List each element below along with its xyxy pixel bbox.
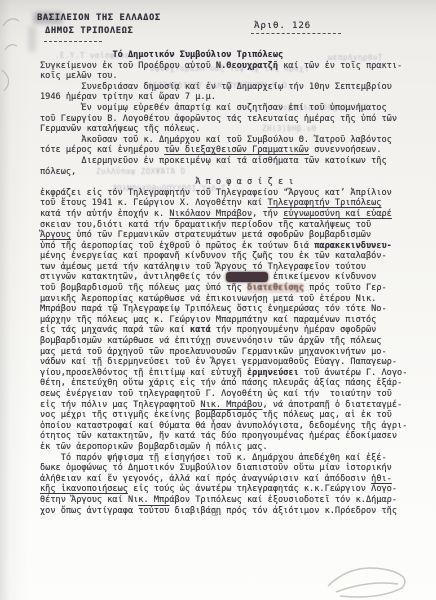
pencil-scribble bbox=[336, 583, 398, 592]
text-line: θέτην Ἄργους καί Νικ. Μπράβον Τριπόλεως … bbox=[0, 495, 436, 506]
document-number: Ἀριθ. 126 bbox=[254, 20, 311, 31]
text-line: νος μέχρι τῆς στιγμῆς ἐκείνης βομβαρδισμ… bbox=[0, 410, 436, 421]
ink-smudge bbox=[28, 26, 36, 52]
text-line: Συγκείμενον ἐκ τοῦ Προέδρου αὐτοῦ Ν.Θεου… bbox=[0, 61, 436, 72]
scanned-document-page: ΒΑΣΙΛΕΙΟΝ ΤΗΣ ΕΛΛΑΔΟΣ ΔΗΜΟΣ ΤΡΙΠΟΛΕΩΣ Ἀρ… bbox=[0, 0, 436, 600]
pencil-scribble bbox=[328, 568, 405, 597]
text-line: Συνεδριάσαν δημοσίᾳ καί ἐν τῷ Δημαρχείῳ … bbox=[0, 82, 436, 93]
text-line: μας μετά τοῦ ἀρχηγοῦ τῶν προελαυνουσῶν Γ… bbox=[0, 347, 436, 358]
text-line: Τό παρόν ψήφισμα τῇ εἰσηγήσει τοῦ κ. Δημ… bbox=[0, 453, 436, 464]
header-kingdom: ΒΑΣΙΛΕΙΟΝ ΤΗΣ ΕΛΛΑΔΟΣ bbox=[37, 13, 161, 23]
text-line: γίου,προσελθόντος τῇ ἐπιτίμῳ καί εὐτυχῆ … bbox=[0, 368, 436, 379]
text-line: σεως ἐνέργειαν τοῦ τηλεγραφητοῦ Γ. Λογοθ… bbox=[0, 389, 436, 400]
text-line: ἐκφράζει εἰς τόν Τηλεγραφητήν τοῦ Τηλεγρ… bbox=[0, 188, 436, 199]
text-line: Διερμηνεῦον ἐν προκειμένῳ καί τά αἰσθήμα… bbox=[0, 156, 436, 167]
text-line: νάδων καί τῇ διερμηνεύσει τοῦ ἐν Ἄργει γ… bbox=[0, 357, 436, 368]
text-line: τοῦ Γεωργίου Β. Λογοθέτου ἀφορῶντος τάς … bbox=[0, 114, 436, 125]
text-line: τοῦ ἔτους 1941 κ. Γεώργιον Χ. Λογοθέτην … bbox=[0, 198, 436, 209]
text-line: κοῖς μελῶν του. bbox=[0, 71, 436, 82]
text-line: 1946 ἡμέραν τρίτην καί ὥραν 7 μ.μ. bbox=[0, 92, 436, 103]
text-line: κατά τήν αὐτήν ἐποχήν κ. Νικόλαον Μπράβο… bbox=[0, 209, 436, 220]
text-line: ὁποίου καταστροφαί καί θύματα θά ἦσαν ἀν… bbox=[0, 421, 436, 432]
text-line: Ἀκοῦσαν τοῦ κ. Δημάρχου καί τοῦ Συμβούλο… bbox=[0, 135, 436, 146]
text-line: Τό Δημοτικόν Συμβούλιον Τριπόλεως bbox=[0, 50, 436, 61]
text-line: ότητος τῶν κατακτητῶν, ἥν κατά τάς δύο π… bbox=[0, 431, 436, 442]
text-line: θέτη, ἐπετεύχθη οὕτω χάρις εἰς τήν ἀπό π… bbox=[0, 378, 436, 389]
text-line: εἰς τήν πόλιν μας Τηλεγραφητοῦ Νικ. Μπρά… bbox=[0, 400, 436, 411]
text-line: βομβαρδισμῶν κατώρθωσε νά ἐπιτύχῃ συνενν… bbox=[0, 336, 436, 347]
text-line: ὑπό τῆς ἀεροπορίας τοῦ ἐχθροῦ ὁ πρῶτος ἐ… bbox=[0, 241, 436, 252]
text-line: ἀλήθειαν καί ἕν γεγονός, ἀλλά καί πρός ἀ… bbox=[0, 474, 436, 485]
text-line: ἐκ τῶν ἀεροπορικῶν βομβαρδισμῶν ἡ πόλις … bbox=[0, 442, 436, 453]
document-number-rule bbox=[251, 33, 341, 34]
text-line: κῆς ἱκανοποιήσεως εἰς τούς ὡς ἀνωτέρω τη… bbox=[0, 484, 436, 495]
text-line: δωκε ὁμοφώνως τό Δημοτικόν Συμβούλιον δι… bbox=[0, 463, 436, 474]
pencil-checkmark bbox=[3, 19, 19, 26]
text-line: πόλεως, bbox=[0, 167, 436, 178]
text-line: Ἀ π ο φ α σ ί ζ ε ι bbox=[0, 177, 436, 188]
text-line: τοῦ βομβαρδισμοῦ τῆς πόλεως μας ὑπό τῆς … bbox=[0, 283, 436, 294]
pencil-annotation: ά bbox=[211, 508, 218, 519]
text-line: σκειαν του,διότι κατά τήν δραματικήν περ… bbox=[0, 220, 436, 231]
text-line: μάρχην τῆς πόλεως μας κ. Γεώργιον Μπαρμπ… bbox=[0, 315, 436, 326]
text-line: Ἐν νομίμῳ εὑρεθέν ἀπαρτίᾳ καί συζητῆσαν … bbox=[0, 103, 436, 114]
text-line: μένης ἐνεργείας καί προφανῆ κίνδυνον τῆς… bbox=[0, 251, 436, 262]
text-line: Γερμανῶν καταλήψεως τῆς πόλεως. bbox=[0, 124, 436, 135]
header-municipality: ΔΗΜΟΣ ΤΡΙΠΟΛΕΩΣ bbox=[45, 26, 133, 36]
text-line: εἰς τάς μηχανάς παρά τῶν καί κατά τήν πρ… bbox=[0, 325, 436, 336]
text-line: Μπράβου παρά τῷ Τηλεγραφείῳ Τριπόλεως ὅσ… bbox=[0, 304, 436, 315]
header-dashed-rule bbox=[44, 41, 102, 42]
text-line: των ἀμέσως μετά τήν κατάληψιν τοῦ Ἄργους… bbox=[0, 262, 436, 273]
document-body-text: Τό Δημοτικόν Συμβούλιον ΤριπόλεωςΣυγκείμ… bbox=[0, 50, 436, 516]
text-line: μανικῆς Ἀεροπορίας κατώρθωσε νά ἐπικοινω… bbox=[0, 294, 436, 305]
text-line: χον ὅπως ἀντίγραφα τούτου διαβιβάσῃ πρός… bbox=[0, 506, 436, 517]
text-line: στιγνῶν κατακτητῶν, ἀντιληφθείς τόν ἐπικ… bbox=[0, 272, 436, 283]
text-line: Ἄργους ὑπό τῶν Γερμανικῶν στρατευμάτων μ… bbox=[0, 230, 436, 241]
text-line: τότε μέρος καί ἐνημέρου τῶν διεξαχθεισῶν… bbox=[0, 145, 436, 156]
